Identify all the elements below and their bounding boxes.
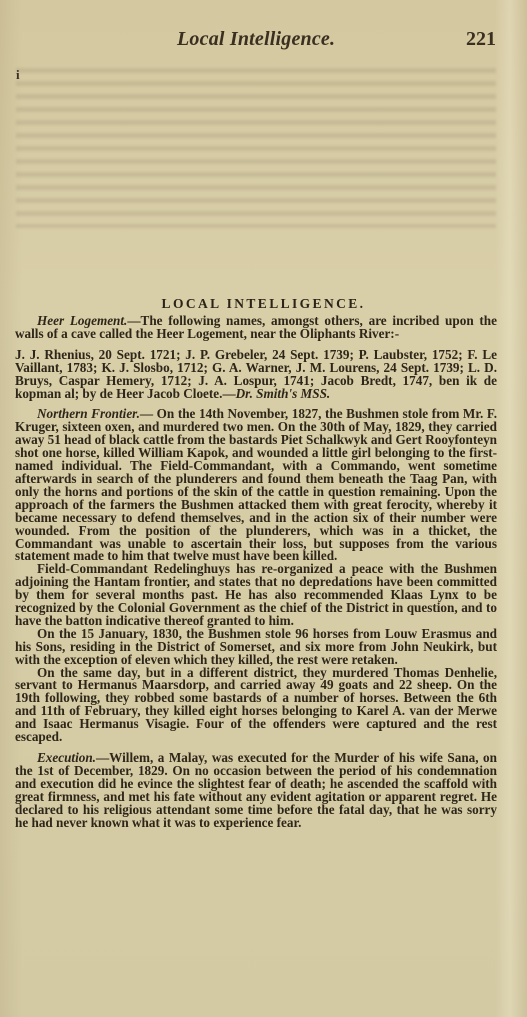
running-title: Local Intelligence. [177, 28, 335, 51]
bleed-through-mark: i [16, 67, 20, 83]
paragraph-text: —Willem, a Malay, was executed for the M… [15, 750, 497, 830]
paragraph-same-day: On the same day, but in a different dist… [15, 667, 497, 744]
paragraph-text: On the same day, but in a different dist… [15, 665, 497, 745]
running-head: Local Intelligence. 221 [0, 28, 527, 58]
book-page: Local Intelligence. 221 i LOCAL INTELLIG… [0, 0, 527, 1017]
source-citation: Dr. Smith's MSS. [236, 386, 331, 401]
article-body: Heer Logement.—The following names, amon… [15, 315, 497, 829]
paragraph-text: On the 15 January, 1830, the Bushmen sto… [15, 626, 497, 667]
paragraph-execution: Execution.—Willem, a Malay, was executed… [15, 752, 497, 829]
page-number: 221 [466, 28, 496, 51]
paragraph-text: Field-Commandant Redelinghuys has re-org… [15, 561, 497, 628]
paragraph-text: — On the 14th November, 1827, the Bushme… [15, 406, 497, 563]
section-title: LOCAL INTELLIGENCE. [0, 296, 527, 312]
paragraph-northern-frontier: Northern Frontier.— On the 14th November… [15, 408, 497, 563]
bleed-through-text [16, 68, 496, 228]
paragraph-redelinghuys: Field-Commandant Redelinghuys has re-org… [15, 563, 497, 628]
paragraph-january-1830: On the 15 January, 1830, the Bushmen sto… [15, 628, 497, 667]
paragraph-names-list: J. J. Rhenius, 20 Sept. 1721; J. P. Greb… [15, 349, 497, 401]
paragraph-heer-logement: Heer Logement.—The following names, amon… [15, 315, 497, 341]
